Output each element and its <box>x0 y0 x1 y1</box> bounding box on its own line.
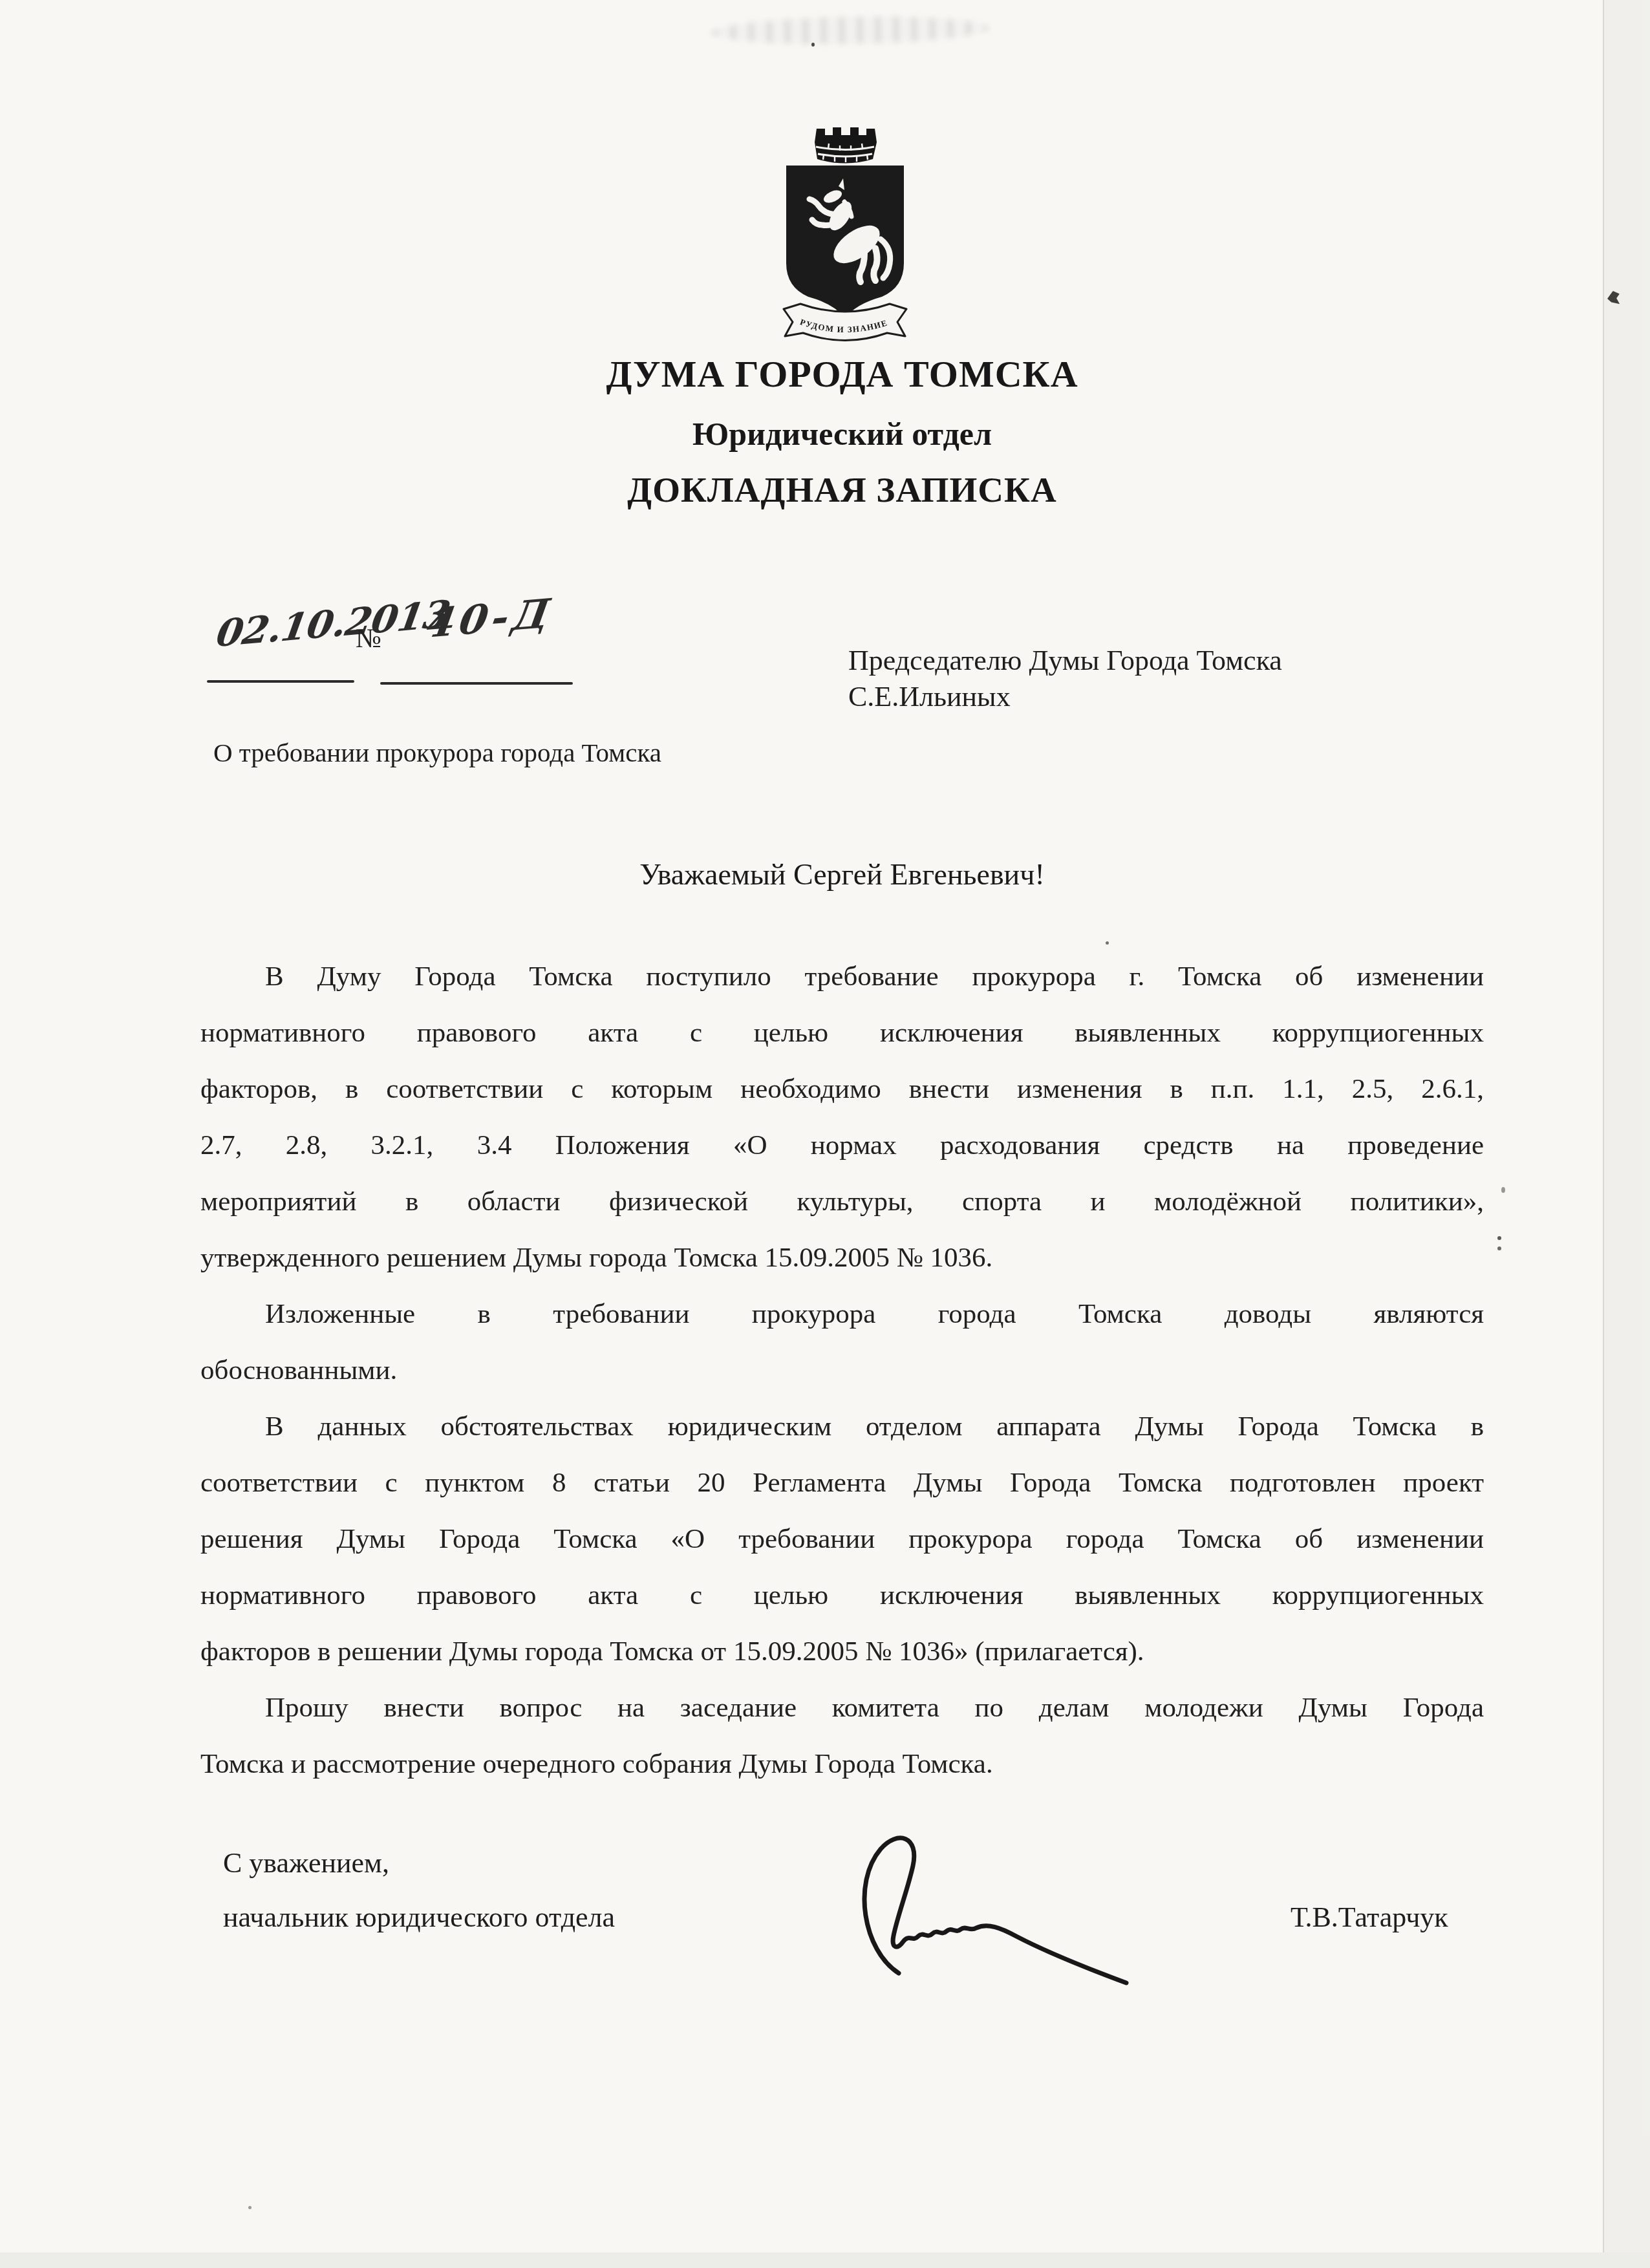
scan-right-edge-zone <box>1604 0 1650 2268</box>
body-line: В данных обстоятельствах юридическим отд… <box>200 1409 1484 1466</box>
ink-speck <box>1497 1236 1501 1240</box>
salutation: Уважаемый Сергей Евгеньевич! <box>200 857 1484 892</box>
body-line: Изложенные в требовании прокурора города… <box>200 1297 1484 1353</box>
body-line: факторов, в соответствии с которым необх… <box>200 1072 1484 1128</box>
bleed-through-smudge <box>711 14 990 46</box>
ink-speck <box>811 43 815 47</box>
signer-name: Т.В.Татарчук <box>1291 1901 1448 1934</box>
department-title: Юридический отдел <box>200 415 1484 453</box>
handwritten-signature <box>834 1818 1325 1986</box>
scanned-memo-page: ТРУДОМ И ЗНАНИЕМ ДУМА ГОРОДА ТОМСКА Юрид… <box>0 0 1650 2268</box>
body-line: мероприятий в области физической культур… <box>200 1184 1484 1241</box>
body-text: В Думу Города Томска поступило требовани… <box>200 959 1484 1803</box>
organization-title: ДУМА ГОРОДА ТОМСКА <box>200 352 1484 396</box>
mural-crown <box>815 127 877 164</box>
addressee-block: Председателю Думы Города Томска С.Е.Ильи… <box>848 643 1282 715</box>
number-underline <box>380 682 573 685</box>
ink-speck <box>248 2206 252 2209</box>
addressee-line2: С.Е.Ильиных <box>848 679 1282 715</box>
scan-page-edge-line <box>1603 0 1604 2268</box>
signer-position: начальник юридического отдела <box>223 1901 615 1934</box>
number-sign-label: № <box>356 623 381 654</box>
handwritten-date: 02.10.2013 <box>213 592 453 656</box>
date-underline <box>207 680 354 683</box>
body-line: Прошу внести вопрос на заседание комитет… <box>200 1691 1484 1747</box>
body-line: нормативного правового акта с целью искл… <box>200 1578 1484 1634</box>
scan-bottom-edge <box>0 2252 1650 2268</box>
body-line: решения Думы Города Томска «О требовании… <box>200 1522 1484 1578</box>
ink-speck <box>1106 941 1109 945</box>
document-type-title: ДОКЛАДНАЯ ЗАПИСКА <box>200 469 1484 510</box>
body-line: 2.7, 2.8, 3.2.1, 3.4 Положения «О нормах… <box>200 1128 1484 1184</box>
addressee-line1: Председателю Думы Города Томска <box>848 643 1282 679</box>
shield <box>786 166 904 318</box>
subject-line: О требовании прокурора города Томска <box>213 737 661 768</box>
ink-speck <box>1501 1187 1505 1193</box>
body-line: В Думу Города Томска поступило требовани… <box>200 959 1484 1016</box>
tomsk-coat-of-arms-icon: ТРУДОМ И ЗНАНИЕМ <box>777 118 913 370</box>
body-line: нормативного правового акта с целью искл… <box>200 1016 1484 1072</box>
closing-regards: С уважением, <box>223 1846 389 1879</box>
body-line: соответствии с пунктом 8 статьи 20 Регла… <box>200 1466 1484 1522</box>
